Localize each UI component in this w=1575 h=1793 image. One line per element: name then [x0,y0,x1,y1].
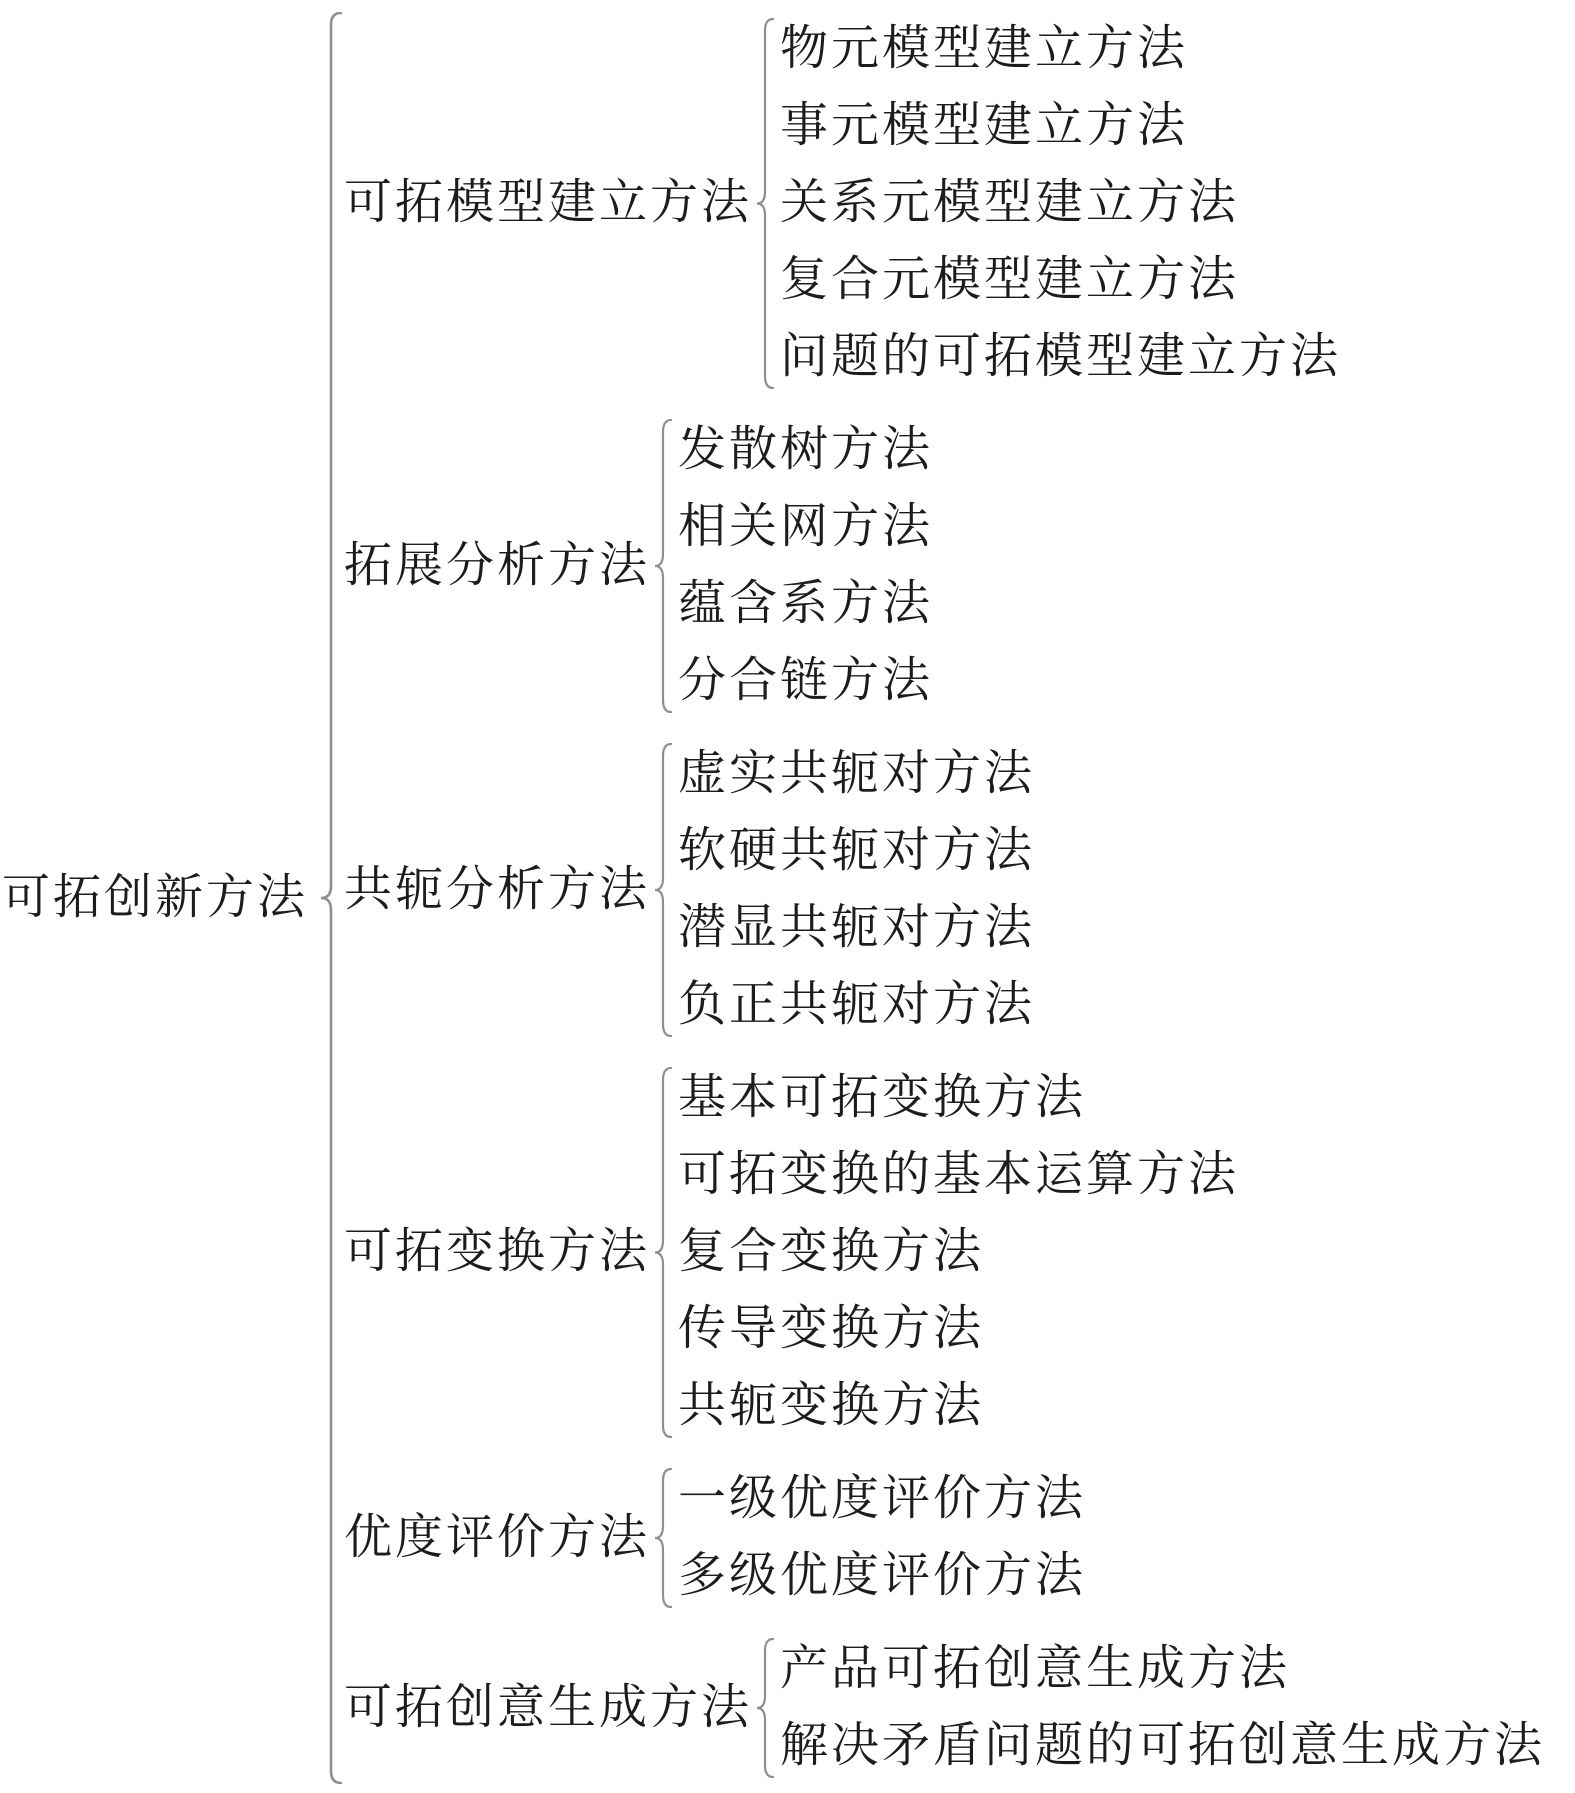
leaf-node-label: 蕴含系方法 [678,566,933,643]
leaf-node-label: 物元模型建立方法 [780,11,1341,88]
group-node-label: 可拓创意生成方法 [344,1684,752,1732]
root-curly-brace-icon [320,12,342,1784]
leaves-column: 虚实共轭对方法软硬共轭对方法潜显共轭对方法负正共轭对方法 [678,736,1035,1044]
leaf-node-label: 关系元模型建立方法 [780,165,1341,242]
leaf-node-label: 共轭变换方法 [678,1368,1239,1445]
group-row: 优度评价方法一级优度评价方法多级优度评价方法 [344,1461,1545,1615]
leaf-node-label: 多级优度评价方法 [678,1538,1086,1615]
leaf-node-label: 负正共轭对方法 [678,967,1035,1044]
group-curly-brace-icon [756,1638,774,1778]
group-row: 共轭分析方法虚实共轭对方法软硬共轭对方法潜显共轭对方法负正共轭对方法 [344,736,1545,1044]
group-row: 可拓变换方法基本可拓变换方法可拓变换的基本运算方法复合变换方法传导变换方法共轭变… [344,1060,1545,1445]
leaf-node-label: 事元模型建立方法 [780,88,1341,165]
leaf-node-label: 复合变换方法 [678,1214,1239,1291]
root-row: 可拓创新方法 可拓模型建立方法物元模型建立方法事元模型建立方法关系元模型建立方法… [0,11,1575,1785]
group-node-label: 可拓变换方法 [344,1228,650,1276]
group-curly-brace-icon [654,1067,672,1438]
leaves-column: 一级优度评价方法多级优度评价方法 [678,1461,1086,1615]
leaf-node-label: 发散树方法 [678,412,933,489]
group-row: 拓展分析方法发散树方法相关网方法蕴含系方法分合链方法 [344,412,1545,720]
leaf-node-label: 相关网方法 [678,489,933,566]
group-curly-brace-icon [654,419,672,713]
leaf-node-label: 基本可拓变换方法 [678,1060,1239,1137]
group-curly-brace-icon [654,743,672,1037]
group-curly-brace-icon [654,1468,672,1608]
leaf-node-label: 可拓变换的基本运算方法 [678,1137,1239,1214]
leaf-node-label: 分合链方法 [678,643,933,720]
group-node-label: 拓展分析方法 [344,542,650,590]
leaves-column: 产品可拓创意生成方法解决矛盾问题的可拓创意生成方法 [780,1631,1545,1785]
leaf-node-label: 传导变换方法 [678,1291,1239,1368]
leaf-node-label: 产品可拓创意生成方法 [780,1631,1545,1708]
leaves-column: 基本可拓变换方法可拓变换的基本运算方法复合变换方法传导变换方法共轭变换方法 [678,1060,1239,1445]
leaf-node-label: 解决矛盾问题的可拓创意生成方法 [780,1708,1545,1785]
group-row: 可拓创意生成方法产品可拓创意生成方法解决矛盾问题的可拓创意生成方法 [344,1631,1545,1785]
bracket-diagram: 可拓创新方法 可拓模型建立方法物元模型建立方法事元模型建立方法关系元模型建立方法… [0,0,1575,1793]
leaves-column: 物元模型建立方法事元模型建立方法关系元模型建立方法复合元模型建立方法问题的可拓模… [780,11,1341,396]
leaf-node-label: 问题的可拓模型建立方法 [780,319,1341,396]
group-curly-brace-icon [756,18,774,389]
leaf-node-label: 一级优度评价方法 [678,1461,1086,1538]
leaf-node-label: 虚实共轭对方法 [678,736,1035,813]
leaf-node-label: 软硬共轭对方法 [678,813,1035,890]
group-node-label: 可拓模型建立方法 [344,179,752,227]
group-node-label: 优度评价方法 [344,1514,650,1562]
group-row: 可拓模型建立方法物元模型建立方法事元模型建立方法关系元模型建立方法复合元模型建立… [344,11,1545,396]
groups-column: 可拓模型建立方法物元模型建立方法事元模型建立方法关系元模型建立方法复合元模型建立… [344,11,1545,1785]
leaves-column: 发散树方法相关网方法蕴含系方法分合链方法 [678,412,933,720]
group-node-label: 共轭分析方法 [344,866,650,914]
root-node-label: 可拓创新方法 [2,874,308,922]
leaf-node-label: 复合元模型建立方法 [780,242,1341,319]
leaf-node-label: 潜显共轭对方法 [678,890,1035,967]
